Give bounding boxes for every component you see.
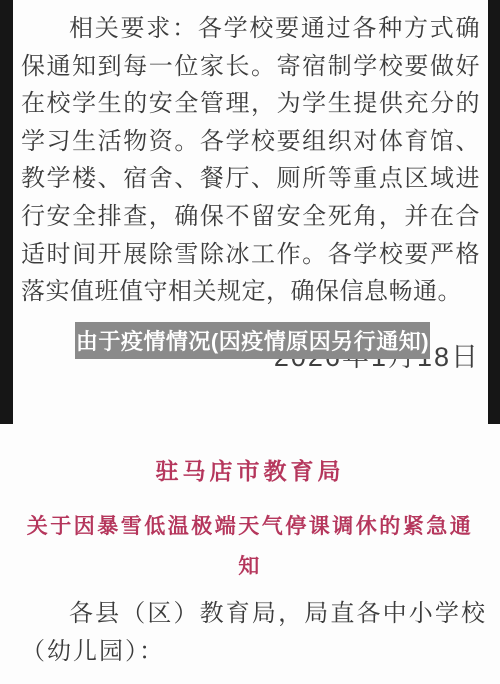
left-edge-bar: [0, 0, 13, 424]
notice-screenshot-page: 相关要求：各学校要通过各种方式确保通知到每一位家长。寄宿制学校要做好在校学生的安…: [0, 0, 500, 684]
pandemic-note-overlay-banner: 由于疫情情况(因疫情原因另行通知): [75, 322, 430, 359]
notice-title: 关于因暴雪低温极端天气停课调休的紧急通知: [25, 507, 475, 587]
issuer-heading: 驻马店市教育局: [0, 457, 500, 485]
notice-body-paragraph: 相关要求：各学校要通过各种方式确保通知到每一位家长。寄宿制学校要做好在校学生的安…: [21, 10, 480, 311]
salutation-line: 各县（区）教育局，局直各中小学校（幼儿园）：: [21, 595, 487, 671]
right-edge-bar: [488, 0, 500, 424]
